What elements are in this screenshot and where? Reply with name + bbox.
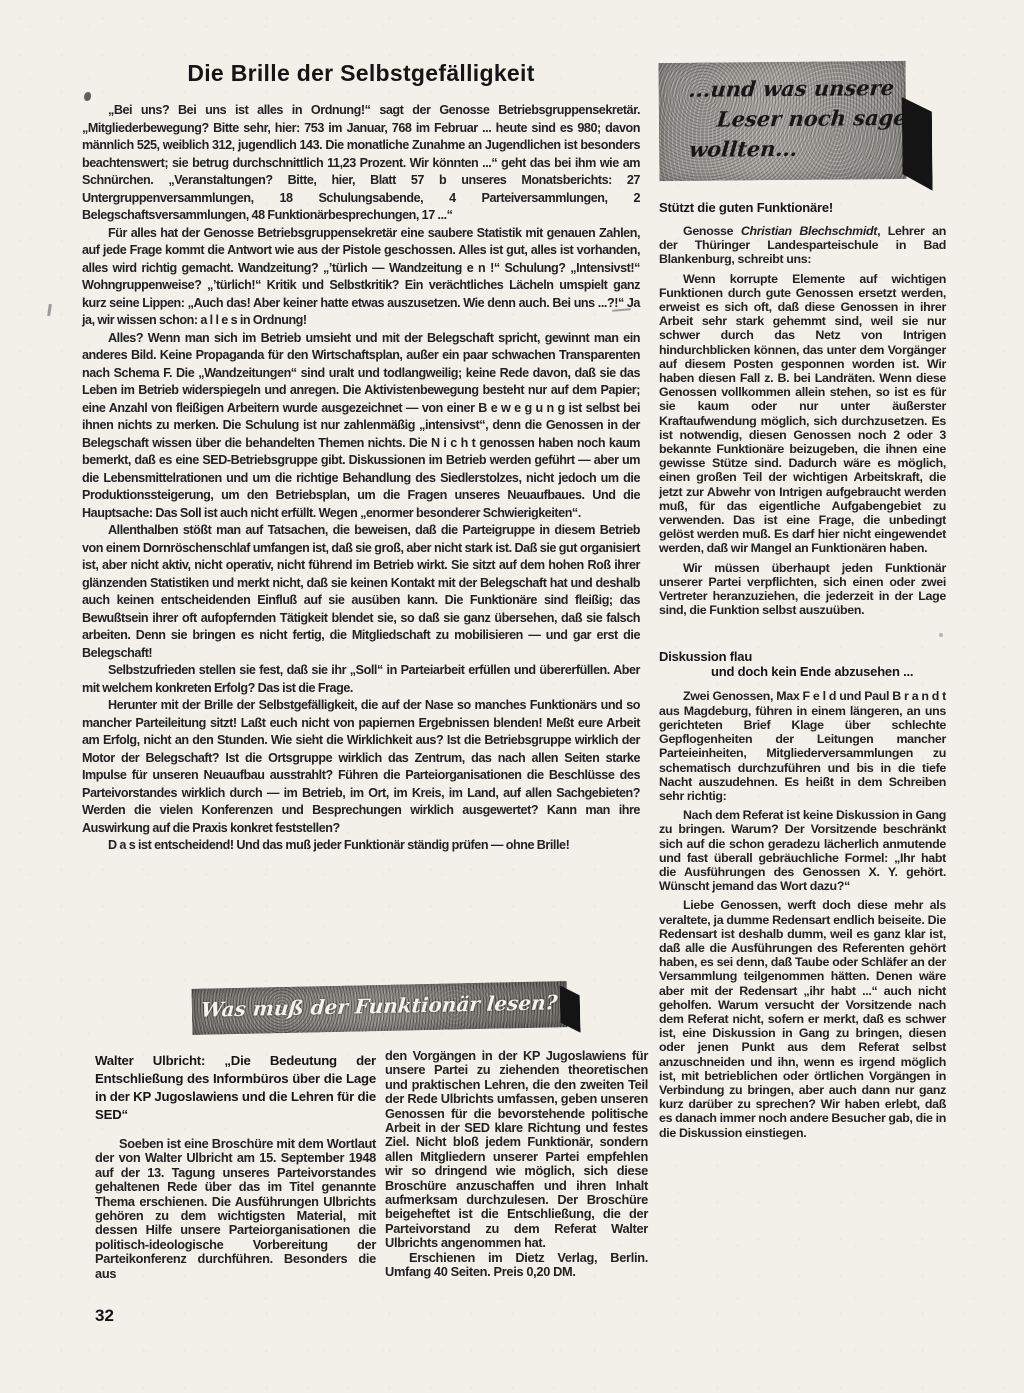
reading-banner: Was muß der Funktionär lesen?: [192, 981, 568, 1035]
letter-2-paragraph-3: Liebe Genossen, werft doch diese mehr al…: [659, 898, 946, 1139]
letter-1-heading: Stützt die guten Funktionäre!: [659, 200, 946, 215]
main-article-column: Die Brille der Selbstgefälligkeit „Bei u…: [82, 60, 640, 855]
readers-section-banner: ...und was unsere Leser noch sagen wollt…: [658, 61, 906, 181]
book-review-paragraph-2: den Vorgängen in der KP Jugoslawiens für…: [385, 1049, 648, 1251]
letter-1-paragraph-1: Wenn korrupte Elemente auf wichtigen Fun…: [659, 272, 946, 556]
page-number: 32: [95, 1306, 114, 1326]
article-paragraph-1: „Bei uns? Bei uns ist alles in Ordnung!“…: [82, 102, 640, 225]
ink-speck: [47, 304, 52, 316]
readers-banner-fold-shadow: [902, 97, 933, 191]
magazine-page: Die Brille der Selbstgefälligkeit „Bei u…: [0, 0, 1024, 1393]
book-review-heading: Walter Ulbricht: „Die Bedeutung der Ents…: [95, 1052, 376, 1124]
article-paragraph-7: D a s ist entscheidend! Und das muß jede…: [82, 837, 640, 855]
book-review-imprint: Erschienen im Dietz Verlag, Berlin. Umfa…: [385, 1251, 648, 1280]
book-review-paragraph-1: Soeben ist eine Broschüre mit dem Wortla…: [95, 1137, 376, 1281]
letter-1-paragraph-2: Wir müssen überhaupt jeden Funktionär un…: [659, 561, 946, 618]
letter-2-paragraph-1: Zwei Genossen, Max F e l d und Paul B r …: [659, 689, 946, 803]
book-review-column-1: Walter Ulbricht: „Die Bedeutung der Ents…: [95, 1052, 376, 1281]
letters-column: ...und was unsere Leser noch sagen wollt…: [659, 62, 946, 1145]
article-title: Die Brille der Selbstgefälligkeit: [82, 60, 640, 87]
readers-banner-line-1: ...und was unsere: [687, 73, 907, 105]
letter-1-intro: Genosse Christian Blechschmidt, Lehrer a…: [659, 224, 946, 267]
article-paragraph-4: Allenthalben stößt man auf Tatsachen, di…: [82, 522, 640, 662]
readers-banner-line-2: Leser noch sagen: [716, 103, 908, 135]
letter-2-heading: Diskussion flau und doch kein Ende abzus…: [659, 649, 946, 679]
article-paragraph-3: Alles? Wenn man sich im Betrieb umsieht …: [82, 330, 640, 523]
letter-2-heading-line-1: Diskussion flau: [659, 649, 752, 664]
letter-2-paragraph-2: Nach dem Referat ist keine Diskussion in…: [659, 808, 946, 893]
article-paragraph-2: Für alles hat der Genosse Betriebsgruppe…: [82, 225, 640, 330]
reading-banner-text: Was muß der Funktionär lesen?: [200, 990, 558, 1022]
article-paragraph-6: Herunter mit der Brille der Selbstgefäll…: [82, 697, 640, 837]
readers-banner-line-3: wollten...: [688, 133, 908, 165]
book-review-column-2: den Vorgängen in der KP Jugoslawiens für…: [385, 1049, 648, 1280]
article-paragraph-5: Selbstzufrieden stellen sie fest, daß si…: [82, 662, 640, 697]
letter-1-intro-pre: Genosse: [683, 224, 741, 238]
reading-banner-fold-shadow: [560, 985, 581, 1033]
letter-1-author-name: Christian Blechschmidt: [741, 224, 877, 238]
letter-2-heading-line-2: und doch kein Ende abzusehen ...: [659, 664, 946, 679]
